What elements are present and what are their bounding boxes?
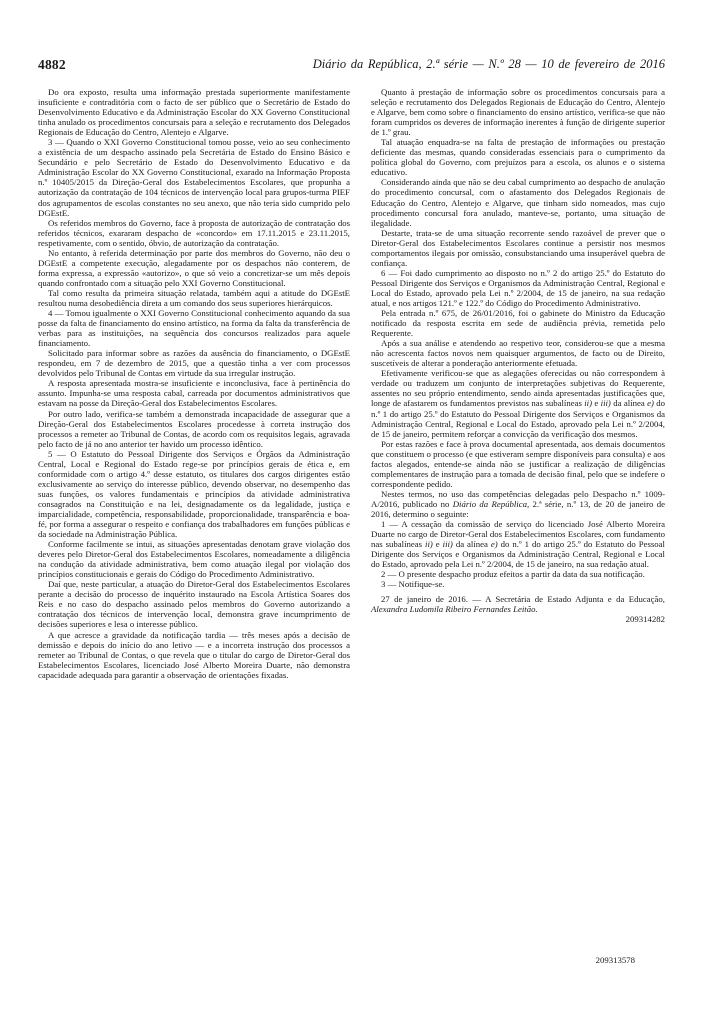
italic-run: iii): [601, 398, 611, 408]
paragraph: Daí que, neste particular, a atuação do …: [38, 579, 350, 629]
paragraph: No entanto, à referida determinação por …: [38, 248, 350, 288]
page-number: 4882: [38, 57, 66, 73]
item-1: 1 — A cessação da comissão de serviço do…: [371, 519, 665, 569]
paragraph: Considerando ainda que não se deu cabal …: [371, 177, 665, 227]
italic-run: iii): [443, 539, 453, 549]
right-column: Quanto à prestação de informação sobre o…: [371, 87, 665, 624]
paragraph: Por estas razões e face à prova document…: [371, 439, 665, 489]
left-column: Do ora exposto, resulta uma informação p…: [38, 87, 350, 680]
signatory-name: Alexandra Ludomila Ribeiro Fernandes Lei…: [371, 604, 538, 614]
paragraph: Os referidos membros do Governo, face à …: [38, 218, 350, 248]
paragraph: Tal atuação enquadra-se na falta de pres…: [371, 137, 665, 177]
italic-run: ii): [425, 539, 433, 549]
paragraph: Quanto à prestação de informação sobre o…: [371, 87, 665, 137]
paragraph: Conforme facilmente se intui, as situaçõ…: [38, 539, 350, 579]
paragraph-nestes-termos: Nestes termos, no uso das competências d…: [371, 489, 665, 519]
text-run: e: [592, 398, 601, 408]
paragraph: Do ora exposto, resulta uma informação p…: [38, 87, 350, 137]
paragraph: Tal como resulta da primeira situação re…: [38, 288, 350, 308]
item-2: 2 — O presente despacho produz efeitos a…: [371, 569, 665, 579]
paragraph: 6 — Foi dado cumprimento ao disposto no …: [371, 268, 665, 308]
text-run: e: [433, 539, 443, 549]
signature: 27 de janeiro de 2016. — A Secretária de…: [371, 594, 665, 614]
paragraph: 5 — O Estatuto do Pessoal Dirigente dos …: [38, 449, 350, 539]
paragraph: Solicitado para informar sobre as razões…: [38, 348, 350, 378]
text-run: da alínea: [611, 398, 647, 408]
signature-date: 27 de janeiro de 2016. — A Secretária de…: [381, 594, 665, 604]
paragraph: Destarte, trata-se de uma situação recor…: [371, 228, 665, 268]
italic-run: e): [491, 539, 498, 549]
running-head: Diário da República, 2.ª série — N.º 28 …: [313, 57, 665, 72]
paragraph: Após a sua análise e atendendo ao respet…: [371, 338, 665, 368]
footer-reference-code: 209313578: [596, 955, 635, 965]
paragraph: 4 — Tomou igualmente o XXI Governo Const…: [38, 308, 350, 348]
italic-run: ii): [584, 398, 592, 408]
paragraph: 3 — Quando o XXI Governo Constitucional …: [38, 137, 350, 217]
italic-run: Diário da República,: [453, 499, 529, 509]
italic-run: e): [647, 398, 654, 408]
paragraph: A que acresce a gravidade da notificação…: [38, 630, 350, 680]
paragraph-efetivamente: Efetivamente verificou-se que as alegaçõ…: [371, 368, 665, 438]
item-3: 3 — Notifique-se.: [371, 579, 665, 589]
text-run: da alínea: [453, 539, 491, 549]
paragraph: Por outro lado, verifica-se também a dem…: [38, 409, 350, 449]
paragraph: A resposta apresentada mostra-se insufic…: [38, 378, 350, 408]
reference-code: 209314282: [371, 614, 665, 624]
paragraph: Pela entrada n.º 675, de 26/01/2016, foi…: [371, 308, 665, 338]
